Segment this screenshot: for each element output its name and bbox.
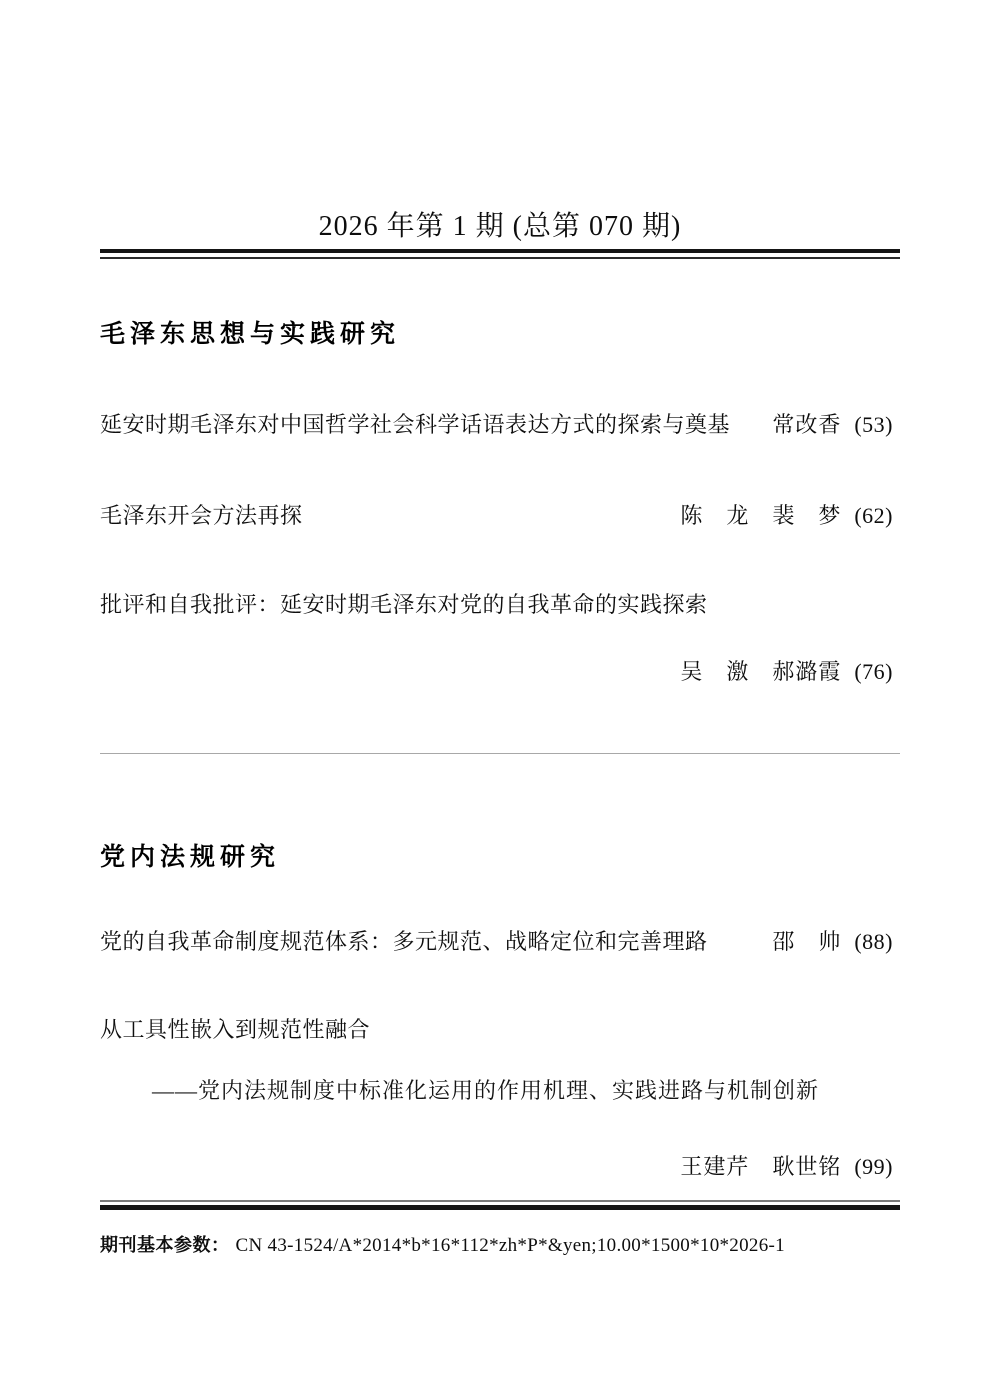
article-page-number: (76): [854, 659, 893, 685]
article-authors: 邵 帅: [772, 925, 841, 956]
article-row: 毛泽东开会方法再探 陈 龙 裴 梦 (62): [100, 499, 893, 530]
article-byline: 王建芹 耿世铭 (99): [100, 1150, 893, 1181]
article-row: 党的自我革命制度规范体系：多元规范、战略定位和完善理路 邵 帅 (88): [100, 925, 893, 956]
header-double-rule: [100, 249, 900, 259]
header-rule-thin-line: [100, 257, 900, 259]
article-authors: 陈 龙 裴 梦: [680, 499, 841, 530]
article-authors: 吴 激 郝潞霞: [680, 655, 841, 686]
journal-parameters-label: 期刊基本参数：: [100, 1231, 230, 1257]
article-page-number: (99): [854, 1154, 893, 1180]
article-row: 延安时期毛泽东对中国哲学社会科学话语表达方式的探索与奠基 常改香 (53): [100, 408, 893, 439]
article-authors: 常改香: [772, 408, 841, 439]
journal-toc-page: 2026 年第 1 期 (总第 070 期) 毛泽东思想与实践研究 延安时期毛泽…: [0, 0, 1000, 1400]
article-title: 批评和自我批评：延安时期毛泽东对党的自我革命的实践探索: [100, 588, 893, 619]
section-heading-party-regulations: 党内法规研究: [100, 837, 280, 873]
article-subtitle: ——党内法规制度中标准化运用的作用机理、实践进路与机制创新: [152, 1074, 893, 1105]
article-title: 毛泽东开会方法再探: [100, 499, 303, 530]
footer-rule-thick-line: [100, 1205, 900, 1210]
article-byline: 邵 帅 (88): [752, 925, 893, 956]
footer-double-rule: [100, 1200, 900, 1210]
article-title: 党的自我革命制度规范体系：多元规范、战略定位和完善理路: [100, 925, 708, 956]
article-title: 延安时期毛泽东对中国哲学社会科学话语表达方式的探索与奠基: [100, 408, 730, 439]
article-byline: 吴 激 郝潞霞 (76): [100, 655, 893, 686]
article-byline: 常改香 (53): [752, 408, 893, 439]
article-page-number: (62): [854, 503, 893, 529]
article-page-number: (88): [854, 929, 893, 955]
journal-parameters: 期刊基本参数： CN 43-1524/A*2014*b*16*112*zh*P*…: [100, 1231, 900, 1257]
section-divider-rule: [100, 753, 900, 754]
journal-parameters-value: CN 43-1524/A*2014*b*16*112*zh*P*&yen;10.…: [236, 1235, 785, 1257]
section-heading-mao-zedong-thought: 毛泽东思想与实践研究: [100, 314, 400, 350]
article-authors: 王建芹 耿世铭: [680, 1150, 841, 1181]
article-title: 从工具性嵌入到规范性融合: [100, 1013, 893, 1044]
issue-title: 2026 年第 1 期 (总第 070 期): [0, 204, 1000, 244]
article-page-number: (53): [854, 412, 893, 438]
article-byline: 陈 龙 裴 梦 (62): [660, 499, 893, 530]
